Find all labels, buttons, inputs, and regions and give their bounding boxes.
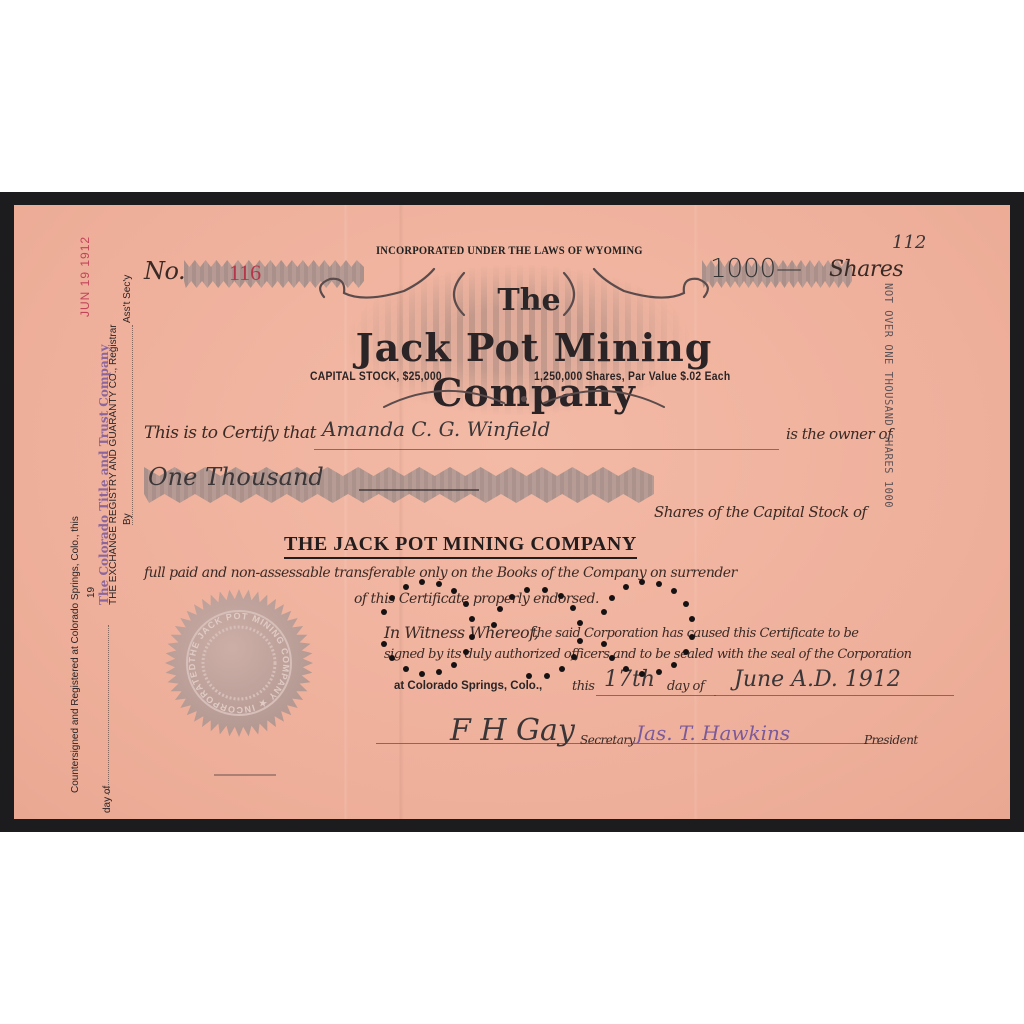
- perforation-dot: [381, 641, 387, 647]
- this-label: this: [572, 679, 594, 694]
- day-of-line: [108, 625, 110, 795]
- perforation-dot: [559, 666, 565, 672]
- countersigned-text: Countersigned and Registered at Colorado…: [70, 516, 81, 793]
- perforation-dot: [571, 654, 577, 660]
- perforation-dot: [436, 669, 442, 675]
- perforation-dot: [381, 609, 387, 615]
- certificate-number: 116: [229, 260, 261, 286]
- perforation-dot: [436, 581, 442, 587]
- perforation-dot: [639, 579, 645, 585]
- registrar-print: THE EXCHANGE REGISTRY AND GUARANTY CO., …: [108, 324, 119, 605]
- perforation-dot: [689, 616, 695, 622]
- printer-imprint: [214, 774, 276, 776]
- corner-note: 112: [892, 232, 926, 253]
- perforation-dot: [623, 584, 629, 590]
- owner-name: Amanda C. G. Winfield: [322, 417, 550, 441]
- lower-scrollwork: [374, 385, 674, 415]
- witness-lead: In Witness Whereof,: [384, 623, 539, 642]
- perforation-dot: [689, 634, 695, 640]
- shares-written: One Thousand: [148, 463, 324, 491]
- month-line: [714, 695, 954, 696]
- date-stamp: JUN 19 1912: [78, 236, 92, 317]
- perforation-dot: [497, 606, 503, 612]
- perforation-dot: [463, 601, 469, 607]
- day-line: [596, 695, 716, 696]
- capital-stock: CAPITAL STOCK, $25,000: [310, 371, 442, 383]
- number-label: No.: [144, 257, 185, 285]
- perforation-dot: [601, 609, 607, 615]
- day-of-label: day of: [667, 679, 704, 694]
- year-prefix: 19: [86, 587, 97, 598]
- perforation-dot: [558, 593, 564, 599]
- perforation-dot: [683, 601, 689, 607]
- share-limit-stamp: NOT OVER ONE THOUSAND SHARES 1000: [882, 283, 894, 508]
- perforation-dot: [623, 666, 629, 672]
- perforation-dot: [609, 595, 615, 601]
- perforation-dot: [469, 634, 475, 640]
- perforation-dot: [671, 588, 677, 594]
- shares-par-value: 1,250,000 Shares, Par Value $.02 Each: [534, 371, 730, 383]
- perforation-dot: [469, 616, 475, 622]
- shares-written-dash: [359, 489, 479, 491]
- perforation-dot: [577, 638, 583, 644]
- perforation-dot: [403, 584, 409, 590]
- day: 17th: [604, 667, 655, 692]
- secretary-signature: F H Gay: [450, 713, 575, 748]
- perforation-dot: [451, 662, 457, 668]
- perforation-dot: [656, 581, 662, 587]
- company-name-caps: THE JACK POT MINING COMPANY: [284, 533, 637, 559]
- by-line: [132, 325, 134, 525]
- owner-suffix: is the owner of: [786, 425, 892, 443]
- perforation-dot: [639, 671, 645, 677]
- title-article: The: [484, 283, 574, 318]
- place: at Colorado Springs, Colo.,: [394, 680, 542, 692]
- perforation-dot: [544, 673, 550, 679]
- owner-line: [314, 449, 779, 450]
- shares-of-capital: Shares of the Capital Stock of: [654, 503, 867, 521]
- perforation-dot: [656, 669, 662, 675]
- perforation-dot: [509, 594, 515, 600]
- perforation-dot: [601, 641, 607, 647]
- president-signature: Jas. T. Hawkins: [636, 721, 790, 745]
- asst-secy-label: Ass't Sec'y: [122, 275, 133, 323]
- perforation-dot: [671, 662, 677, 668]
- certify-prefix: This is to Certify that: [144, 423, 316, 443]
- incorporation-text: INCORPORATED UNDER THE LAWS OF WYOMING: [376, 245, 643, 257]
- president-label: President: [864, 733, 918, 747]
- perforation-dot: [419, 579, 425, 585]
- perforation-dot: [419, 671, 425, 677]
- month-year: June A.D. 1912: [734, 667, 901, 692]
- perforation-dot: [526, 673, 532, 679]
- terms-line-1: full paid and non-assessable transferabl…: [144, 565, 737, 581]
- perforation-dot: [542, 587, 548, 593]
- stock-certificate: INCORPORATED UNDER THE LAWS OF WYOMING N…: [14, 205, 1010, 819]
- shares-label: Shares: [829, 257, 903, 282]
- embossed-seal: THE JACK POT MINING COMPANY ★ INCORPORAT…: [164, 588, 314, 738]
- perforation-dot: [403, 666, 409, 672]
- perforation-dot: [570, 605, 576, 611]
- secretary-label: Secretary: [580, 733, 635, 747]
